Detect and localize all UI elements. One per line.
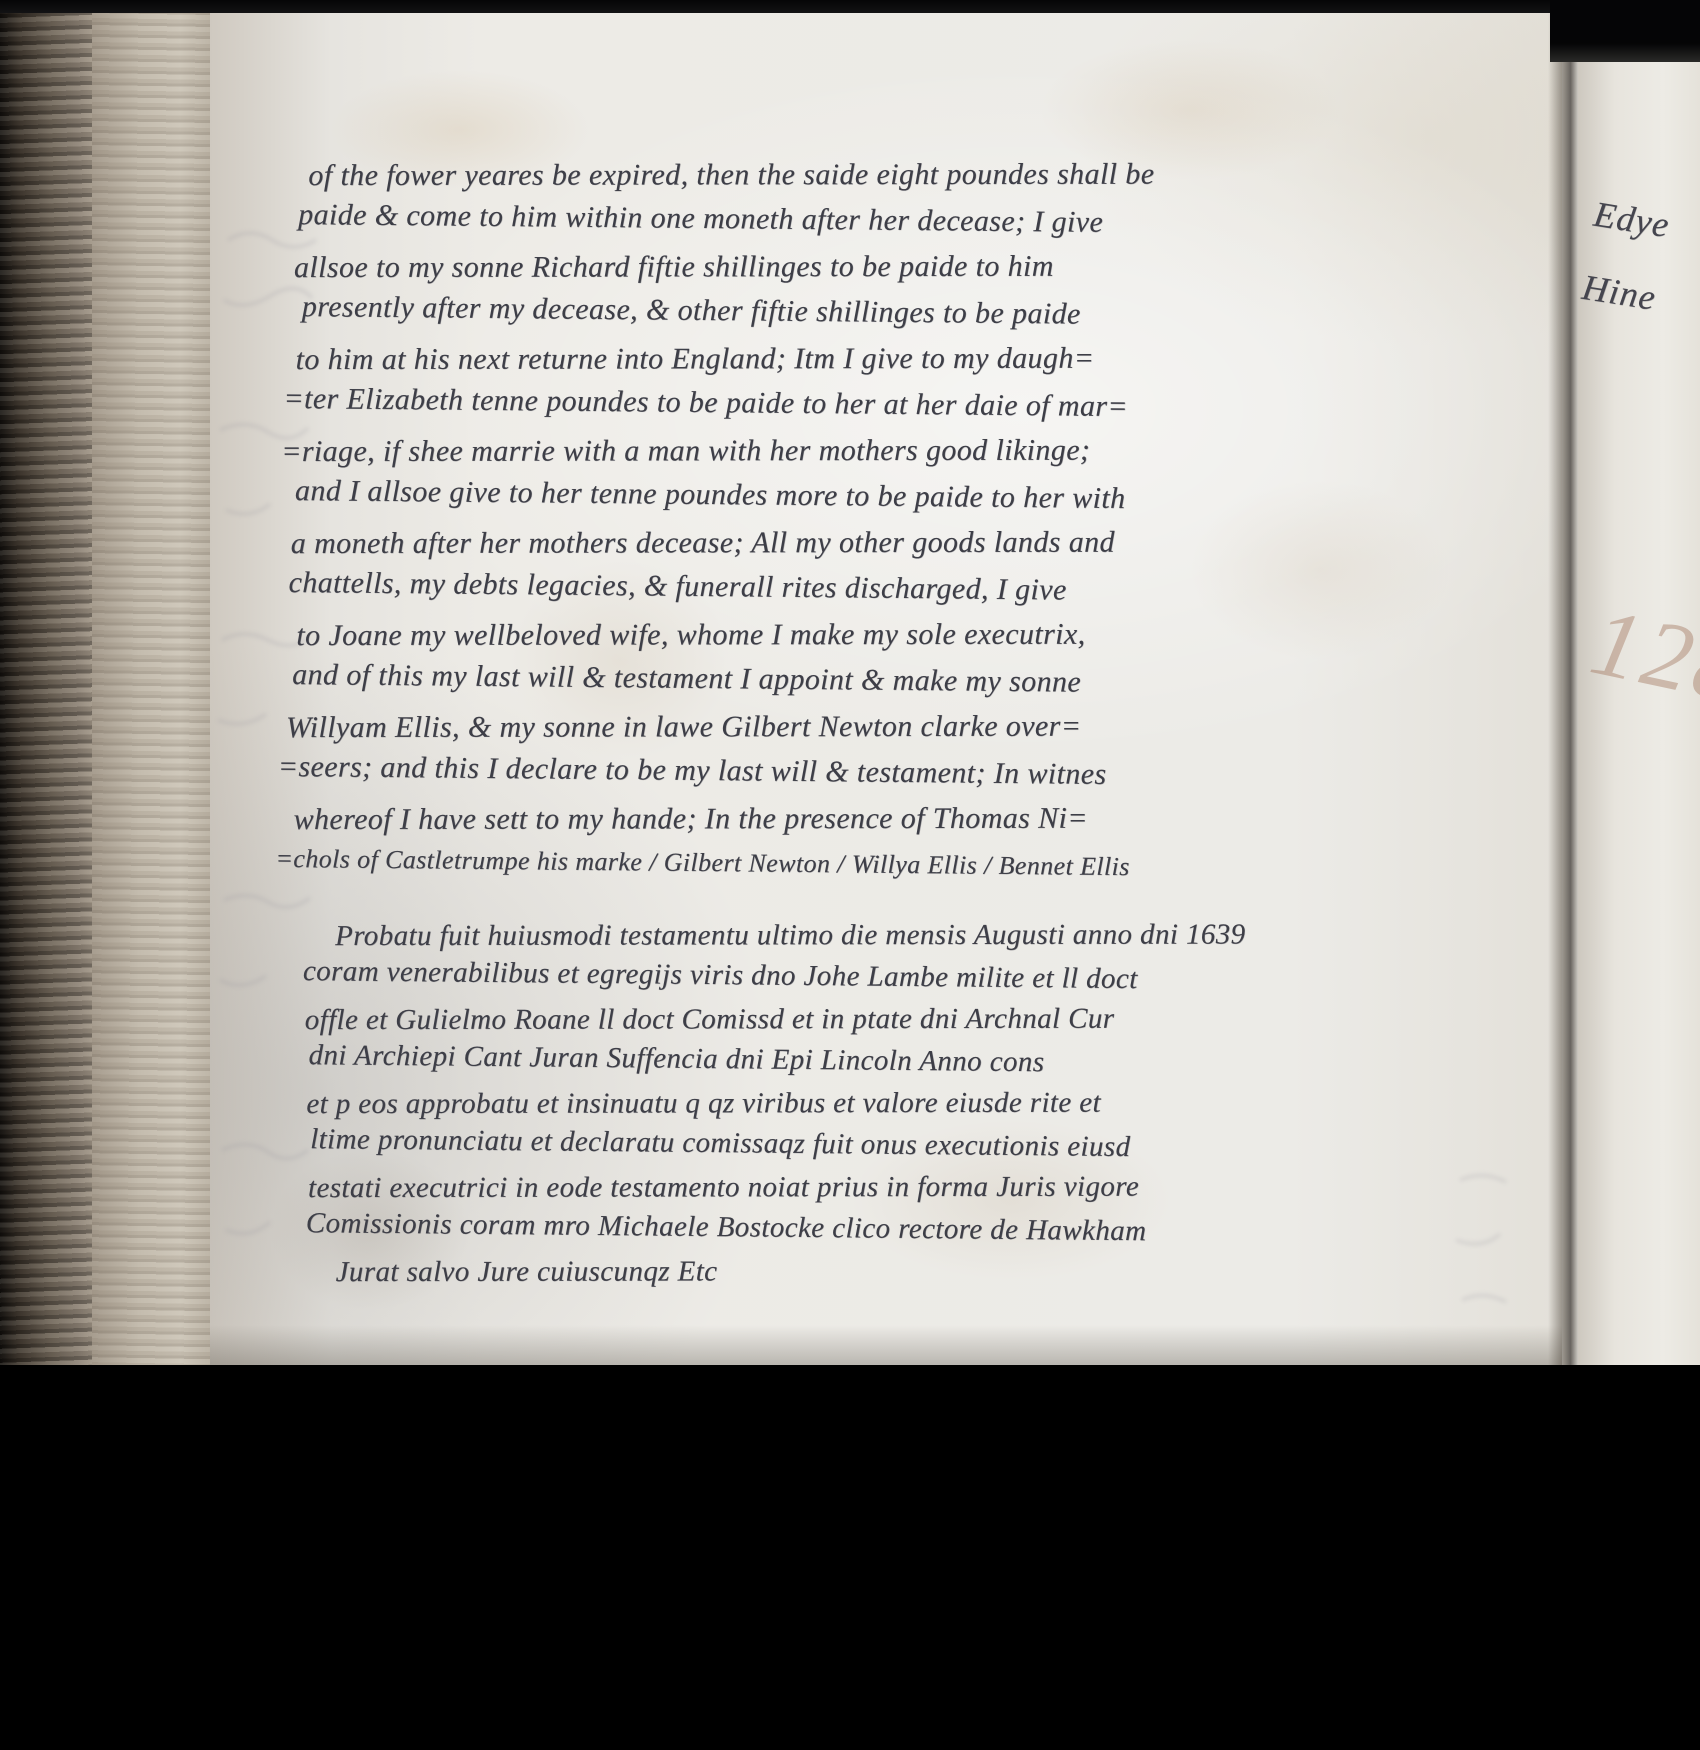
probate-line: et p eos approbatu et insinuatu q qz vir… xyxy=(306,1081,1530,1125)
book-spine xyxy=(0,0,92,1365)
probate-line: Probatu fuit huiusmodi testamentu ultimo… xyxy=(319,913,1531,957)
manuscript-photo-canvas: of the fower yeares be expired, then the… xyxy=(0,0,1700,1750)
probate-line: dni Archiepi Cant Juran Suffencia dni Ep… xyxy=(308,1034,1530,1088)
page-edge-stack xyxy=(92,0,210,1365)
top-right-black-corner xyxy=(1550,0,1700,62)
adjacent-page: Edye Hine 128 xyxy=(1578,0,1700,1365)
marginal-note: Edye Hine xyxy=(1577,177,1675,335)
probate-line: offle et Gulielmo Roane ll doct Comissd … xyxy=(305,997,1531,1041)
marginal-note-line: Hine xyxy=(1577,250,1664,335)
probate-line: ltime pronunciatu et declaratu comissaqz… xyxy=(310,1118,1530,1172)
manuscript-line: whereof I have sett to my hande; In the … xyxy=(294,795,1532,843)
black-matte-area xyxy=(0,1365,1700,1750)
probate-line: coram venerabilibus et egregijs viris dn… xyxy=(303,950,1531,1004)
folio-number: 128 xyxy=(1582,585,1700,726)
manuscript-line: and of this my last will & testament I a… xyxy=(292,652,1532,710)
manuscript-line: chattells, my debts legacies, & funerall… xyxy=(288,560,1532,618)
marginal-note-line: Edye xyxy=(1588,177,1675,262)
probate-line: Comissionis coram mro Michaele Bostocke … xyxy=(306,1202,1530,1256)
manuscript-line: =riage, if shee marrie with a man with h… xyxy=(281,427,1533,475)
manuscript-line: Willyam Ellis, & my sonne in lawe Gilber… xyxy=(286,703,1532,751)
manuscript-line: =seers; and this I declare to be my last… xyxy=(278,744,1532,802)
manuscript-line: presently after my decease, & other fift… xyxy=(302,284,1534,342)
manuscript-line: to Joane my wellbeloved wife, whome I ma… xyxy=(296,611,1532,659)
manuscript-line: paide & come to him within one moneth af… xyxy=(298,192,1534,250)
manuscript-line: of the fower yeares be expired, then the… xyxy=(308,151,1534,199)
page-bottom-shadow xyxy=(210,1325,1562,1365)
manuscript-page: of the fower yeares be expired, then the… xyxy=(210,0,1562,1365)
top-black-bar xyxy=(0,0,1700,13)
manuscript-line: =ter Elizabeth tenne poundes to be paide… xyxy=(283,376,1533,434)
probate-line: Jurat salvo Jure cuiuscunqz Etc xyxy=(318,1249,1530,1293)
will-text-block: of the fower yeares be expired, then the… xyxy=(290,149,1535,1294)
manuscript-line: a moneth after her mothers decease; All … xyxy=(291,519,1533,567)
book-photo: of the fower yeares be expired, then the… xyxy=(0,0,1700,1365)
manuscript-line: =chols of Castletrumpe his marke / Gilbe… xyxy=(275,836,1531,894)
probate-line: testati executrici in eode testamento no… xyxy=(308,1165,1530,1209)
manuscript-line: allsoe to my sonne Richard fiftie shilli… xyxy=(294,243,1534,291)
page-fold-shadow xyxy=(1548,0,1578,1365)
manuscript-line: to him at his next returne into England;… xyxy=(296,335,1534,383)
manuscript-line: and I allsoe give to her tenne poundes m… xyxy=(295,468,1533,526)
probate-clause-block: Probatu fuit huiusmodi testamentu ultimo… xyxy=(290,911,1532,1294)
